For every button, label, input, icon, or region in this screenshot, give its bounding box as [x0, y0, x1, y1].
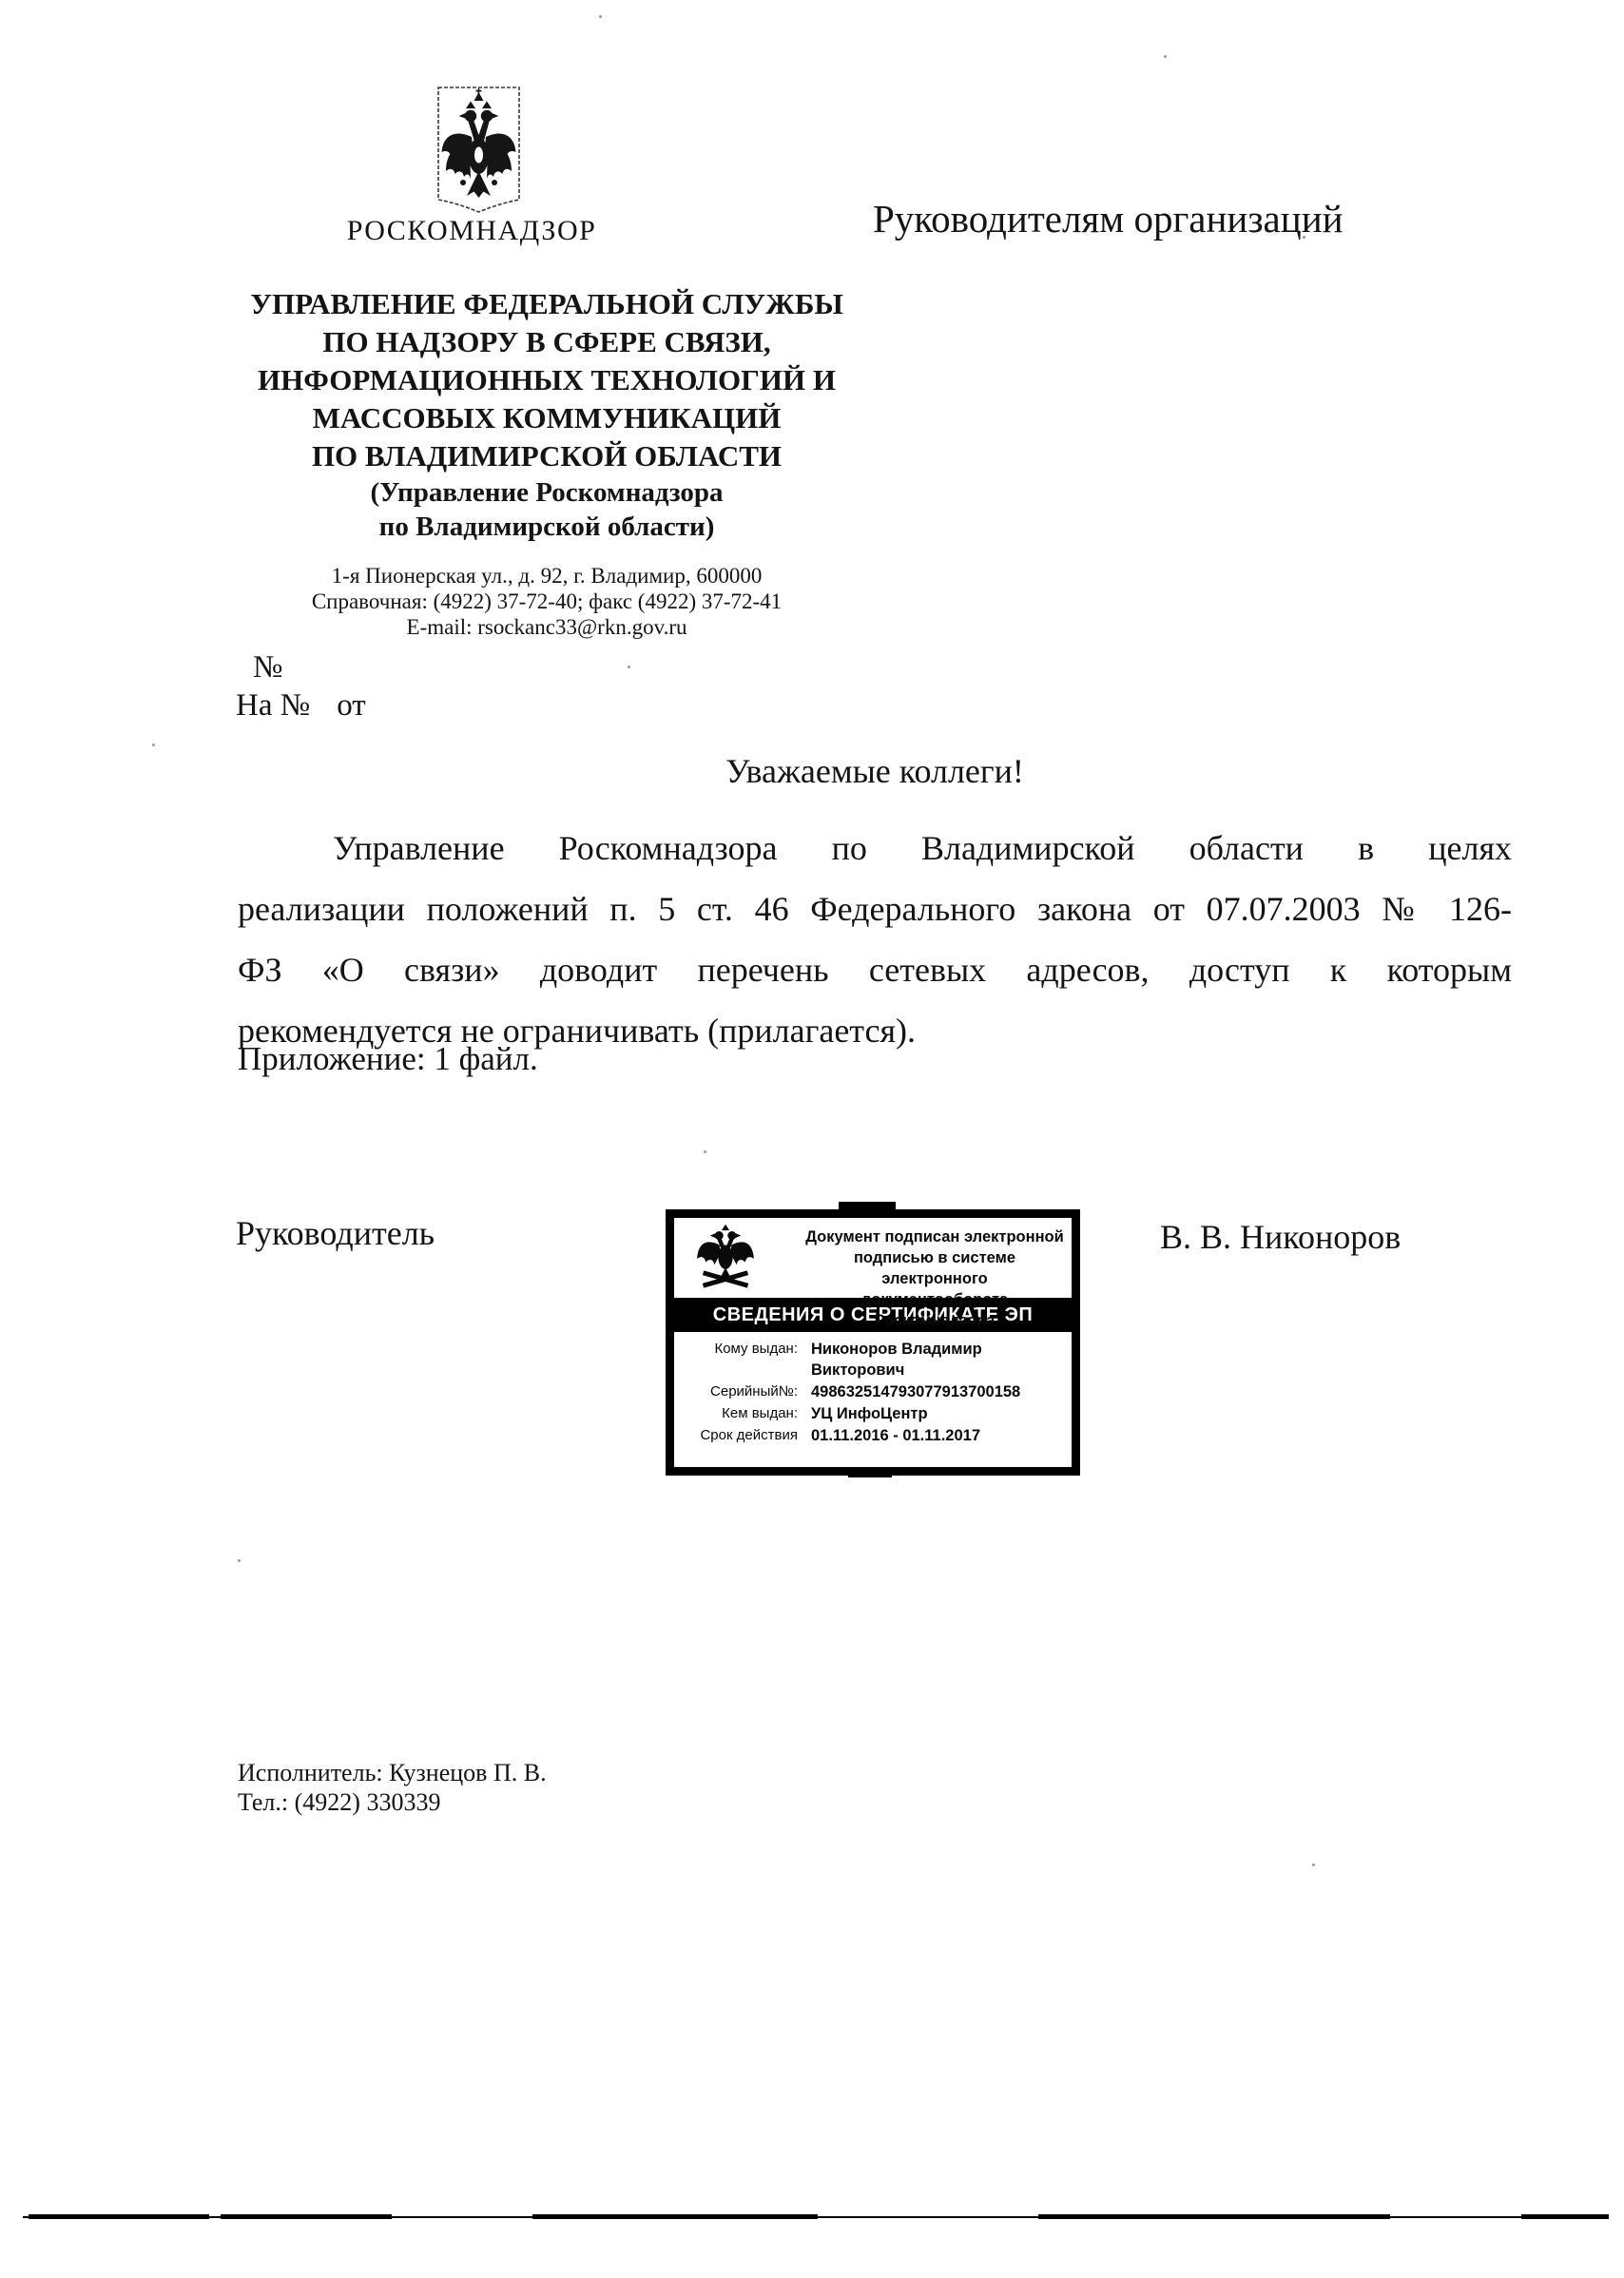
org-name-line: МАССОВЫХ КОММУНИКАЦИЙ [217, 399, 877, 437]
certificate-field-value: 498632514793077913700158 [811, 1381, 1062, 1402]
reply-ot-label: от [337, 688, 366, 723]
greeting-line: Уважаемые коллеги! [238, 751, 1512, 791]
certificate-row: Серийный№: 498632514793077913700158 [676, 1381, 1062, 1402]
certificate-field-label: Кем выдан: [676, 1403, 811, 1424]
stamp-note-line: документооборота Роскомнадзора [805, 1289, 1064, 1331]
stamp-note-line: подписью в системе электронного [805, 1247, 1064, 1289]
scan-artifact-segment [532, 2214, 818, 2219]
certificate-details-table: Кому выдан: Никоноров Владимир Викторови… [674, 1332, 1072, 1446]
stamp-note-line: Документ подписан электронной [805, 1226, 1064, 1247]
certificate-field-value: УЦ ИнфоЦентр [811, 1403, 1062, 1424]
certificate-field-label: Кому выдан: [676, 1339, 811, 1380]
scan-artifact-segment [1038, 2214, 1390, 2219]
phone-fax-line: Справочная: (4922) 37-72-40; факс (4922)… [217, 589, 877, 614]
body-line: реализации положений п. 5 ст. 46 Федерал… [238, 878, 1512, 939]
org-name-block: УПРАВЛЕНИЕ ФЕДЕРАЛЬНОЙ СЛУЖБЫ ПО НАДЗОРУ… [217, 285, 877, 544]
scan-noise-dot [238, 1559, 241, 1562]
scan-artifact-segment [221, 2214, 392, 2219]
email-line: E-mail: rsockanc33@rkn.gov.ru [217, 614, 877, 640]
stamp-note: Документ подписан электронной подписью в… [805, 1226, 1064, 1331]
body-line: ФЗ «О связи» доводит перечень сетевых ад… [238, 939, 1512, 1000]
scan-noise-dot [1164, 55, 1167, 58]
stamp-header: Документ подписан электронной подписью в… [674, 1218, 1072, 1298]
signer-position: Руководитель [236, 1213, 435, 1253]
attachment-line: Приложение: 1 файл. [238, 1040, 538, 1078]
scan-noise-dot [704, 1150, 706, 1153]
scan-noise-dot [1312, 1863, 1315, 1866]
scan-noise-dot [152, 743, 155, 746]
org-name-line: ПО ВЛАДИМИРСКОЙ ОБЛАСТИ [217, 437, 877, 475]
certificate-field-value: 01.11.2016 - 01.11.2017 [811, 1425, 1062, 1446]
double-headed-eagle-emblem-icon [436, 86, 522, 215]
scan-noise-dot [628, 666, 630, 668]
signer-name: В. В. Никоноров [1160, 1217, 1401, 1257]
digital-signature-stamp: Документ подписан электронной подписью в… [666, 1209, 1080, 1476]
org-name-line: УПРАВЛЕНИЕ ФЕДЕРАЛЬНОЙ СЛУЖБЫ [217, 285, 877, 323]
certificate-row: Срок действия 01.11.2016 - 01.11.2017 [676, 1425, 1062, 1446]
scan-noise-dot [1303, 236, 1305, 239]
body-line: Управление Роскомнадзора по Владимирской… [238, 818, 1512, 878]
body-paragraph: Управление Роскомнадзора по Владимирской… [238, 818, 1512, 1061]
scan-artifact-segment [29, 2214, 209, 2219]
certificate-field-value: Никоноров Владимир Викторович [811, 1339, 1062, 1380]
certificate-row: Кем выдан: УЦ ИнфоЦентр [676, 1403, 1062, 1424]
org-name-line: (Управление Роскомнадзора [217, 475, 877, 510]
reply-na-label: На № [236, 688, 310, 723]
org-name-line: по Владимирской области) [217, 510, 877, 544]
executor-phone-line: Тел.: (4922) 330339 [238, 1787, 440, 1817]
scan-artifact-segment [1521, 2214, 1609, 2219]
certificate-field-label: Серийный№: [676, 1381, 811, 1402]
scan-noise-dot [599, 15, 602, 18]
certificate-field-label: Срок действия [676, 1425, 811, 1446]
outgoing-number-label: № [253, 650, 283, 685]
org-name-line: ПО НАДЗОРУ В СФЕРЕ СВЯЗИ, [217, 323, 877, 361]
executor-line: Исполнитель: Кузнецов П. В. [238, 1758, 547, 1787]
postal-address: 1-я Пионерская ул., д. 92, г. Владимир, … [217, 563, 877, 589]
certificate-row: Кому выдан: Никоноров Владимир Викторови… [676, 1339, 1062, 1380]
reply-number-line: На №от [236, 688, 366, 724]
org-name-line: ИНФОРМАЦИОННЫХ ТЕХНОЛОГИЙ И [217, 361, 877, 399]
addressee-line: Руководителям организаций [873, 196, 1367, 241]
document-page: РОСКОМНАДЗОР Руководителям организаций У… [0, 0, 1624, 2278]
roskomnadzor-eagle-icon [695, 1223, 756, 1295]
agency-short-name: РОСКОМНАДЗОР [319, 215, 624, 247]
contact-block: 1-я Пионерская ул., д. 92, г. Владимир, … [217, 563, 877, 640]
